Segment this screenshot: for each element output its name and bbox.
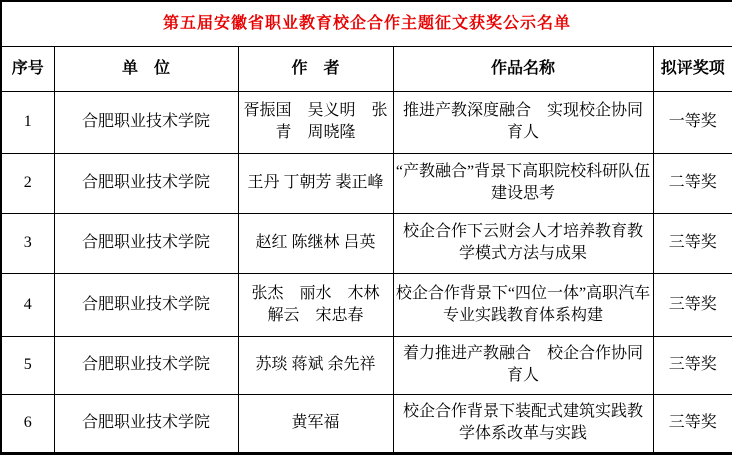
header-authors: 作 者	[238, 46, 393, 91]
authors-cell: 张杰 丽水 木林 解云 宋忠春	[238, 273, 393, 336]
work-title-cell: 校企合作背景下装配式建筑实践教学体系改革与实践	[393, 394, 653, 453]
award-cell: 二等奖	[653, 153, 732, 213]
work-title-cell: 着力推进产教融合 校企合作协同育人	[393, 336, 653, 394]
table-row: 1 合肥职业技术学院 胥振国 吴义明 张青 周晓隆 推进产教深度融合 实现校企协…	[1, 91, 732, 153]
header-serial-number: 序号	[1, 46, 54, 91]
title-row: 第五届安徽省职业教育校企合作主题征文获奖公示名单	[1, 1, 732, 46]
work-title-cell: “产教融合”背景下高职院校科研队伍建设思考	[393, 153, 653, 213]
header-work-title: 作品名称	[393, 46, 653, 91]
authors-cell: 黄军福	[238, 394, 393, 453]
work-title-cell: 推进产教深度融合 实现校企协同育人	[393, 91, 653, 153]
unit-cell: 合肥职业技术学院	[54, 91, 238, 153]
document-title: 第五届安徽省职业教育校企合作主题征文获奖公示名单	[1, 1, 732, 46]
unit-cell: 合肥职业技术学院	[54, 394, 238, 453]
award-cell: 三等奖	[653, 273, 732, 336]
table-row: 5 合肥职业技术学院 苏琰 蒋斌 余先祥 着力推进产教融合 校企合作协同育人 三…	[1, 336, 732, 394]
unit-cell: 合肥职业技术学院	[54, 273, 238, 336]
authors-cell: 苏琰 蒋斌 余先祥	[238, 336, 393, 394]
serial-number-cell: 4	[1, 273, 54, 336]
authors-cell: 王丹 丁朝芳 裴正峰	[238, 153, 393, 213]
table-row: 3 合肥职业技术学院 赵红 陈继林 吕英 校企合作下云财会人才培养教育教学模式方…	[1, 213, 732, 273]
header-proposed-award: 拟评奖项	[653, 46, 732, 91]
award-announcement-table: 第五届安徽省职业教育校企合作主题征文获奖公示名单 序号 单 位 作 者 作品名称…	[0, 0, 732, 455]
award-cell: 一等奖	[653, 91, 732, 153]
table-row: 2 合肥职业技术学院 王丹 丁朝芳 裴正峰 “产教融合”背景下高职院校科研队伍建…	[1, 153, 732, 213]
table-row: 6 合肥职业技术学院 黄军福 校企合作背景下装配式建筑实践教学体系改革与实践 三…	[1, 394, 732, 453]
header-unit: 单 位	[54, 46, 238, 91]
work-title-cell: 校企合作下云财会人才培养教育教学模式方法与成果	[393, 213, 653, 273]
serial-number-cell: 6	[1, 394, 54, 453]
header-row: 序号 单 位 作 者 作品名称 拟评奖项	[1, 46, 732, 91]
award-cell: 三等奖	[653, 394, 732, 453]
unit-cell: 合肥职业技术学院	[54, 153, 238, 213]
award-cell: 三等奖	[653, 336, 732, 394]
serial-number-cell: 5	[1, 336, 54, 394]
award-cell: 三等奖	[653, 213, 732, 273]
work-title-cell: 校企合作背景下“四位一体”高职汽车专业实践教育体系构建	[393, 273, 653, 336]
serial-number-cell: 2	[1, 153, 54, 213]
serial-number-cell: 1	[1, 91, 54, 153]
serial-number-cell: 3	[1, 213, 54, 273]
authors-cell: 胥振国 吴义明 张青 周晓隆	[238, 91, 393, 153]
unit-cell: 合肥职业技术学院	[54, 213, 238, 273]
unit-cell: 合肥职业技术学院	[54, 336, 238, 394]
authors-cell: 赵红 陈继林 吕英	[238, 213, 393, 273]
table-row: 4 合肥职业技术学院 张杰 丽水 木林 解云 宋忠春 校企合作背景下“四位一体”…	[1, 273, 732, 336]
